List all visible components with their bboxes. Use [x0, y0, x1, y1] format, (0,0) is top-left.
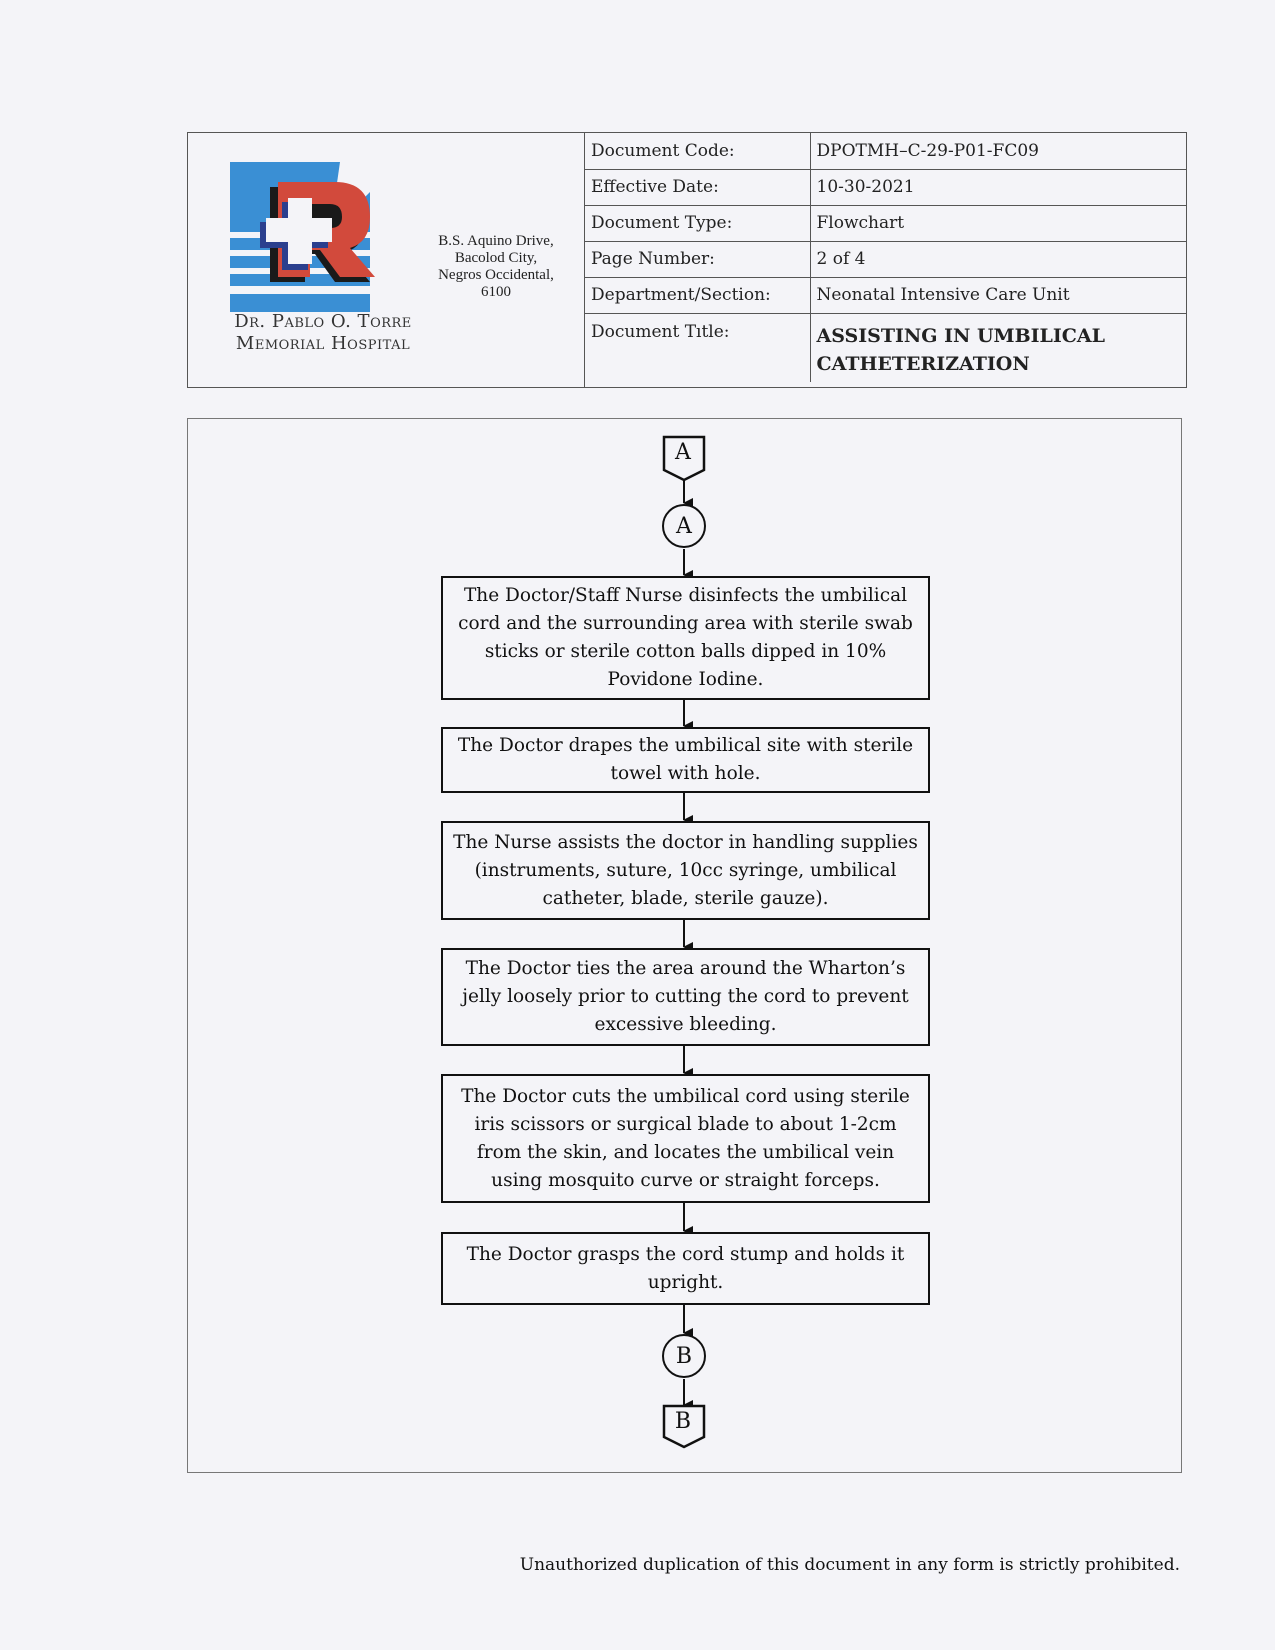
offpage-connector-start: A [663, 436, 703, 476]
connector-label: B [663, 1409, 703, 1434]
connector-label: A [663, 440, 703, 465]
flow-step-6: The Doctor grasps the cord stump and hol… [441, 1232, 930, 1305]
connector-end: B [662, 1334, 706, 1378]
offpage-connector-end: B [663, 1405, 703, 1445]
flow-step-3: The Nurse assists the doctor in handling… [441, 821, 930, 920]
flow-step-1: The Doctor/Staff Nurse disinfects the um… [441, 576, 930, 700]
flow-step-2: The Doctor drapes the umbilical site wit… [441, 727, 930, 793]
connector-start: A [662, 504, 706, 548]
footer-notice: Unauthorized duplication of this documen… [520, 1555, 1180, 1575]
flow-step-5: The Doctor cuts the umbilical cord using… [441, 1074, 930, 1203]
flow-step-4: The Doctor ties the area around the Whar… [441, 948, 930, 1046]
